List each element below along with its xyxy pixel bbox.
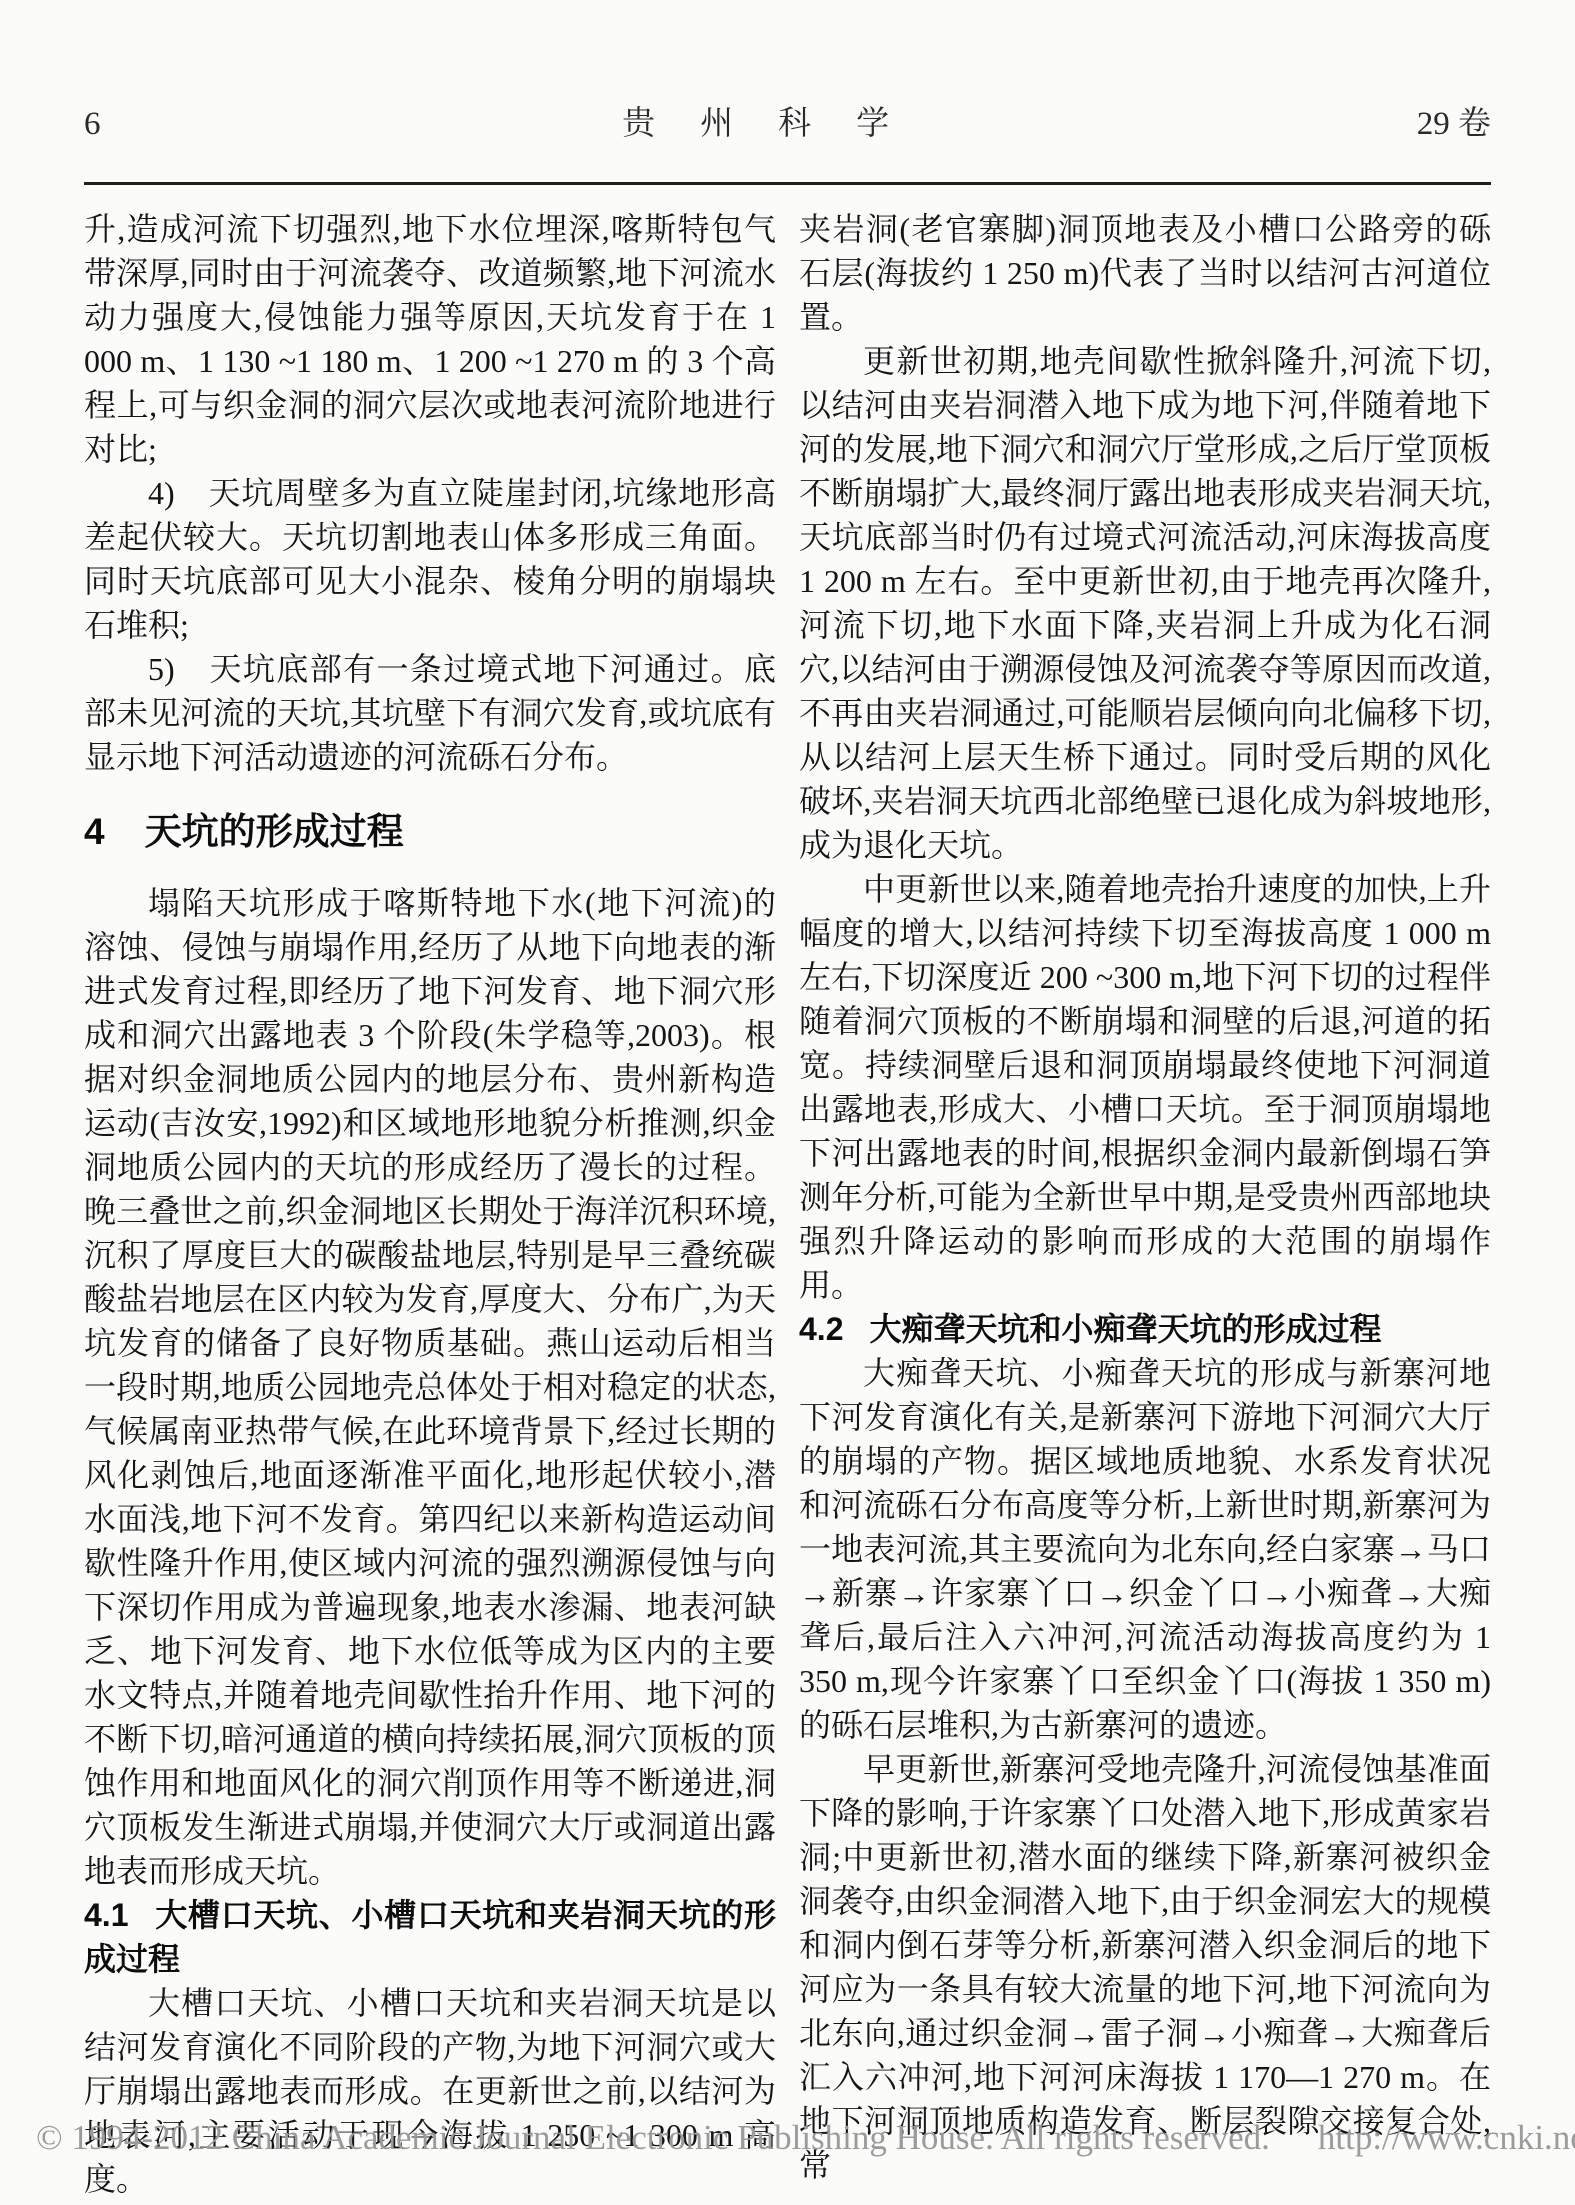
two-column-body: 升,造成河流下切强烈,地下水位埋深,喀斯特包气带深厚,同时由于河流袭夺、改道频繁… (84, 207, 1491, 2201)
page-footer: © 1994-2012 China Academic Journal Elect… (36, 2116, 1575, 2160)
list-item-5: 5) 天坑底部有一条过境式地下河通过。底部未见河流的天坑,其坑壁下有洞穴发育,或… (84, 647, 776, 779)
subsection-number: 4.1 (84, 1897, 128, 1933)
subsection-number: 4.2 (799, 1311, 843, 1347)
page-header: 6 贵 州 科 学 29 卷 (84, 104, 1491, 144)
left-column: 升,造成河流下切强烈,地下水位埋深,喀斯特包气带深厚,同时由于河流袭夺、改道频繁… (84, 207, 776, 2201)
section-number: 4 (84, 811, 105, 852)
paragraph-formation-process: 塌陷天坑形成于喀斯特地下水(地下河流)的溶蚀、侵蚀与崩塌作用,经历了从地下向地表… (84, 881, 776, 1893)
subsection-heading-4-1: 4.1大槽口天坑、小槽口天坑和夹岩洞天坑的形成过程 (84, 1893, 776, 1981)
paragraph-early-pleistocene-jiayan: 更新世初期,地壳间歇性掀斜隆升,河流下切,以结河由夹岩洞潜入地下成为地下河,伴随… (799, 339, 1491, 867)
section-heading-4: 4天坑的形成过程 (84, 807, 776, 857)
copyright-text: © 1994-2012 China Academic Journal Elect… (36, 2118, 1270, 2157)
subsection-heading-4-2: 4.2大痴聋天坑和小痴聋天坑的形成过程 (799, 1307, 1491, 1351)
paragraph-4-1: 大槽口天坑、小槽口天坑和夹岩洞天坑是以结河发育演化不同阶段的产物,为地下河洞穴或… (84, 1981, 776, 2201)
journal-title: 贵 州 科 学 (622, 104, 895, 144)
right-column: 夹岩洞(老官寨脚)洞顶地表及小槽口公路旁的砾石层(海拔约 1 250 m)代表了… (799, 207, 1491, 2201)
section-title: 天坑的形成过程 (145, 811, 404, 852)
paragraph-continuation: 夹岩洞(老官寨脚)洞顶地表及小槽口公路旁的砾石层(海拔约 1 250 m)代表了… (799, 207, 1491, 339)
page-number: 6 (84, 104, 101, 144)
subsection-title: 大槽口天坑、小槽口天坑和夹岩洞天坑的形成过程 (84, 1897, 776, 1977)
paragraph-continuation: 升,造成河流下切强烈,地下水位埋深,喀斯特包气带深厚,同时由于河流袭夺、改道频繁… (84, 207, 776, 471)
volume-label: 29 卷 (1417, 104, 1491, 144)
subsection-title: 大痴聋天坑和小痴聋天坑的形成过程 (869, 1311, 1381, 1347)
paragraph-mid-pleistocene: 中更新世以来,随着地壳抬升速度的加快,上升幅度的增大,以结河持续下切至海拔高度 … (799, 867, 1491, 1307)
footer-url: http://www.cnki.net (1318, 2118, 1575, 2157)
list-item-4: 4) 天坑周壁多为直立陡崖封闭,坑缘地形高差起伏较大。天坑切割地表山体多形成三角… (84, 471, 776, 647)
journal-page: 6 贵 州 科 学 29 卷 升,造成河流下切强烈,地下水位埋深,喀斯特包气带深… (0, 0, 1575, 2201)
header-divider (84, 182, 1491, 185)
paragraph-4-2-intro: 大痴聋天坑、小痴聋天坑的形成与新寨河地下河发育演化有关,是新寨河下游地下河洞穴大… (799, 1351, 1491, 1747)
